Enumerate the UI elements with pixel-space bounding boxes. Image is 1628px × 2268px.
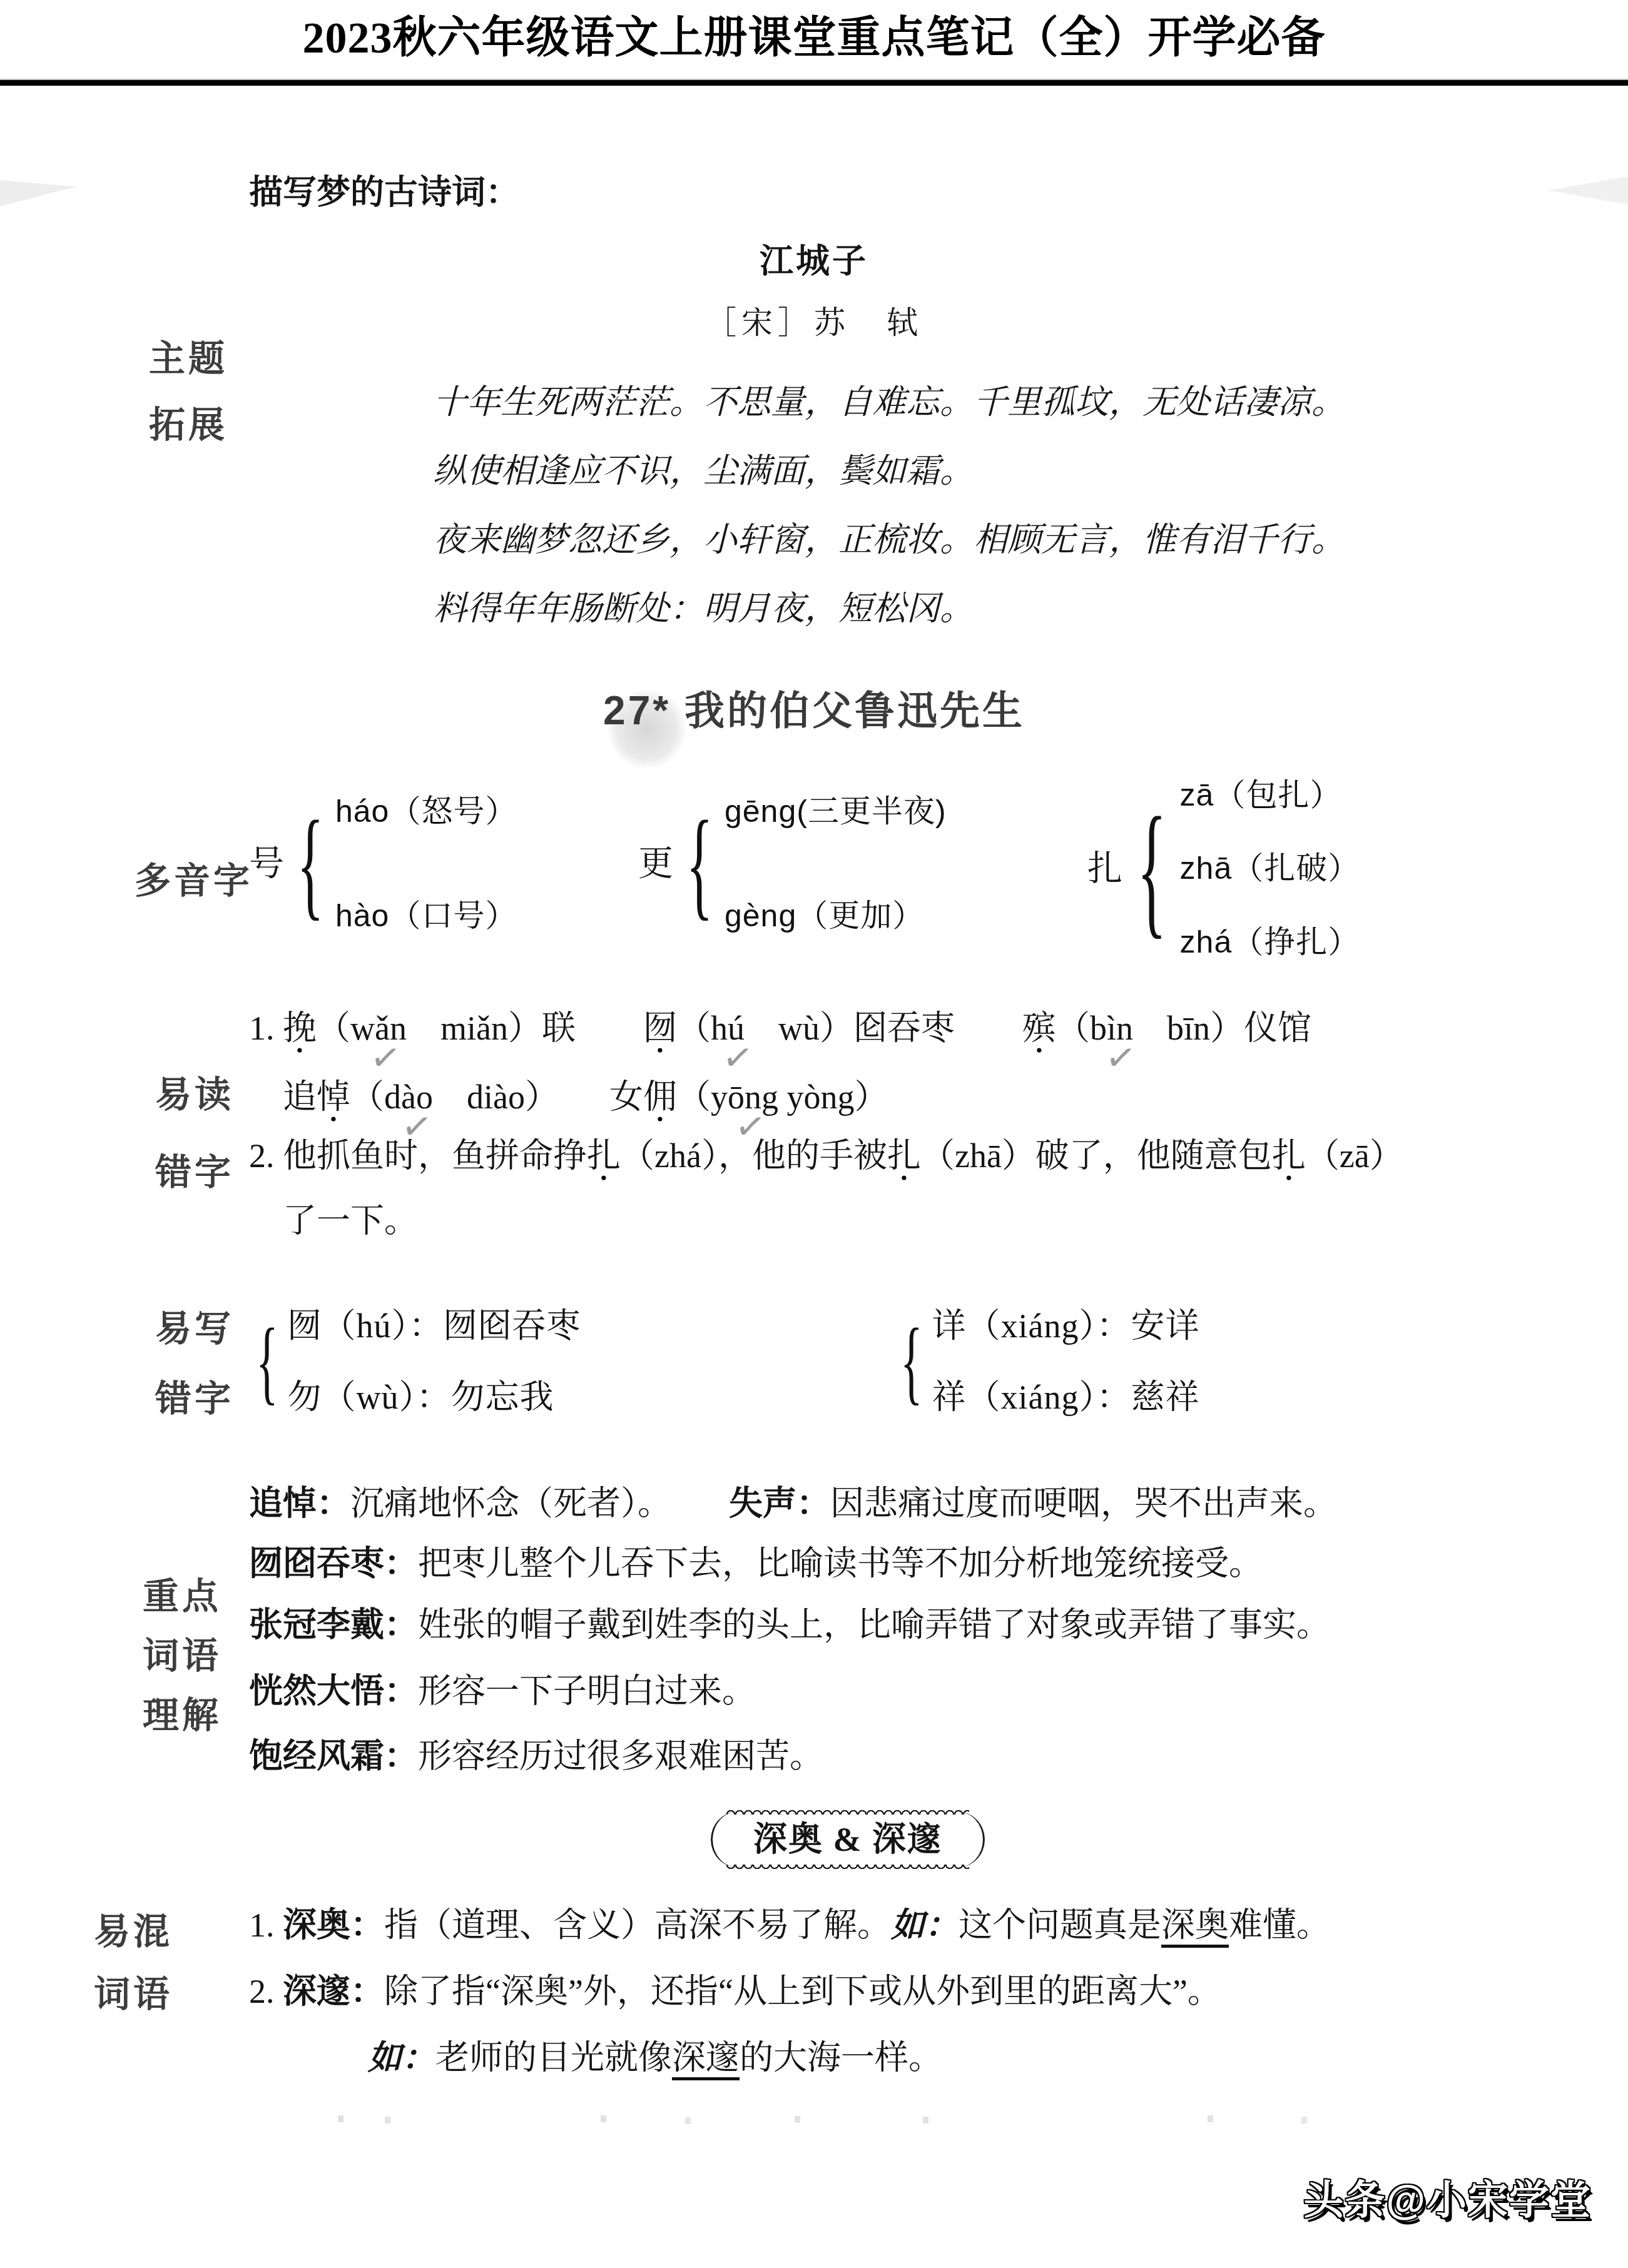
poem-line: 纵使相逢应不识，尘满面，鬓如霜。	[433, 437, 1345, 505]
brace-icon: {	[1137, 794, 1166, 943]
text-segment: （zā）	[1306, 1137, 1403, 1175]
text-segment: wǎn	[350, 1008, 407, 1049]
side-label-confusable: 易混 词语	[94, 1914, 173, 2013]
polyphone-items: gēng(三更半夜) gèng（更加）	[725, 794, 947, 934]
text-segment: 殡	[1022, 1008, 1056, 1049]
side-label-line: 错字	[155, 1155, 234, 1191]
side-label-miswrite: 易写 错字	[155, 1311, 234, 1417]
polyphone-items: zā（包扎） zhā（扎破） zhá（挣扎）	[1180, 777, 1360, 960]
miswrite-row: 囫（hú）：囫囵吞枣	[288, 1307, 581, 1345]
polyphone-items: háo（怒号） hào（口号）	[335, 794, 517, 934]
text-segment: 深奥	[1161, 1906, 1229, 1948]
misread-line: 了一下。	[283, 1201, 418, 1242]
text-segment: 沉痛地怀念（死者）。	[350, 1485, 671, 1522]
side-label-line: 理解	[143, 1698, 221, 1734]
text-segment: 老师的目光就像	[435, 2039, 672, 2077]
text-segment: 如：	[891, 1906, 959, 1944]
text-segment: 扎	[587, 1136, 621, 1177]
side-label-line: 多音字	[135, 863, 253, 899]
text-segment: 2. 他抓鱼时，鱼拼命挣	[249, 1137, 587, 1175]
keyword-row: 张冠李戴：姓张的帽子戴到姓李的头上，比喻弄错了对象或弄错了事实。	[249, 1605, 1330, 1646]
miswrite-group: { 囫（hú）：囫囵吞枣 勿（wù）：勿忘我	[249, 1302, 581, 1421]
side-label-line: 易写	[155, 1311, 234, 1347]
miswrite-row: 详（xiáng）：安详	[932, 1307, 1200, 1345]
brace-icon: {	[900, 1315, 923, 1409]
text-segment: 追	[283, 1078, 317, 1116]
text-segment: 1.	[249, 1906, 283, 1944]
contrast-box-title: 深奥 & 深邃	[753, 1821, 942, 1858]
polyphone-item: zhā（扎破）	[1180, 851, 1360, 887]
confusable-item: 2. 深邃：除了指“深奥”外，还指“从上到下或从外到里的距离大”。	[249, 1972, 1221, 2012]
polyphone-item: háo（怒号）	[335, 794, 517, 830]
confusable-item: 1. 深奥：指（道理、含义）高深不易了解。如：这个问题真是深奥难懂。	[249, 1905, 1330, 1946]
text-segment: wù）囵吞枣	[745, 1010, 1022, 1047]
text-segment: 1.	[249, 1010, 283, 1047]
text-segment: 深邃：	[283, 1973, 384, 2010]
text-segment: 囫囵吞枣：	[249, 1545, 418, 1582]
text-segment: 悼	[317, 1077, 350, 1118]
poem-title: 江城子	[0, 241, 1628, 282]
text-segment: yōng	[711, 1077, 778, 1118]
side-label-line: 错字	[155, 1381, 234, 1417]
text-segment: 姓张的帽子戴到姓李的头上，比喻弄错了对象或弄错了事实。	[418, 1606, 1330, 1644]
lesson-heading: 27* 我的伯父鲁迅先生	[0, 686, 1628, 736]
text-segment: （	[677, 1078, 711, 1116]
polyphone-group: 更 { gēng(三更半夜) gèng（更加）	[638, 783, 947, 944]
document-page: 2023秋六年级语文上册课堂重点笔记（全）开学必备 主题 拓展 描写梦的古诗词：…	[0, 0, 1628, 2268]
text-segment: bīn）仪馆	[1133, 1010, 1311, 1047]
poem-intro: 描写梦的古诗词：	[249, 173, 519, 213]
text-segment: 的大海一样。	[740, 2039, 942, 2077]
text-segment: 深奥：	[283, 1906, 384, 1944]
confusable-example: 如：老师的目光就像深邃的大海一样。	[368, 2038, 942, 2078]
side-label-line: 易混	[94, 1914, 173, 1950]
contrast-box: 深奥 & 深邃	[711, 1811, 985, 1868]
brace-icon: {	[297, 803, 323, 925]
miswrite-row: 勿（wù）：勿忘我	[288, 1378, 581, 1417]
text-segment: 张冠李戴：	[249, 1606, 418, 1644]
text-segment: 佣	[643, 1077, 677, 1118]
text-segment: 因悲痛过度而哽咽，哭不出声来。	[830, 1485, 1337, 1522]
side-label-polyphone: 多音字	[135, 863, 253, 899]
brace-icon: {	[686, 803, 713, 925]
polyphone-item: gēng(三更半夜)	[725, 794, 947, 830]
text-segment: （zhā）破了，他随意包	[921, 1137, 1272, 1175]
side-label-line: 拓展	[149, 407, 228, 443]
polyphone-item: gèng（更加）	[725, 898, 947, 934]
miswrite-rows: 囫（hú）：囫囵吞枣 勿（wù）：勿忘我	[288, 1307, 581, 1417]
text-segment: 失声：	[729, 1485, 830, 1522]
keyword-row: 饱经风霜：形容经历过很多艰难困苦。	[249, 1736, 823, 1777]
polyphone-char: 更	[638, 846, 673, 881]
text-segment: 追悼：	[249, 1485, 350, 1522]
text-segment: 挽	[283, 1008, 317, 1049]
miswrite-group: { 详（xiáng）：安详 祥（xiáng）：慈祥	[893, 1302, 1200, 1421]
side-label-theme: 主题 拓展	[149, 341, 228, 443]
keyword-row: 恍然大悟：形容一下子明白过来。	[249, 1671, 756, 1712]
text-segment: miǎn）联	[407, 1010, 643, 1047]
text-segment: 形容一下子明白过来。	[418, 1673, 756, 1710]
text-segment: 把枣儿整个儿吞下去，比喻读书等不加分析地笼统接受。	[418, 1545, 1263, 1582]
brace-icon: {	[256, 1315, 278, 1409]
polyphone-group: 号 { háo（怒号） hào（口号）	[249, 783, 517, 944]
text-segment: 扎	[887, 1136, 921, 1177]
text-segment: 除了指“深奥”外，还指“从上到下或从外到里的距离大”。	[384, 1973, 1221, 2010]
miswrite-rows: 详（xiáng）：安详 祥（xiáng）：慈祥	[932, 1307, 1200, 1417]
misread-line: 2. 他抓鱼时，鱼拼命挣扎（zhá），他的手被扎（zhā）破了，他随意包扎（zā…	[249, 1136, 1403, 1177]
text-segment: 了一下。	[283, 1202, 418, 1240]
text-segment: hú	[711, 1008, 745, 1049]
text-segment: 这个问题真是	[959, 1906, 1161, 1944]
side-label-misread: 易读 错字	[155, 1077, 234, 1191]
text-segment: 难懂。	[1229, 1906, 1330, 1944]
side-label-line: 词语	[143, 1638, 221, 1674]
text-segment: 恍然大悟：	[249, 1673, 418, 1710]
keyword-row: 追悼：沉痛地怀念（死者）。失声：因悲痛过度而哽咽，哭不出声来。	[249, 1484, 1337, 1524]
polyphone-char: 扎	[1087, 851, 1122, 886]
text-segment: 饱经风霜：	[249, 1738, 418, 1775]
text-segment: 深邃	[672, 2039, 740, 2080]
poem-line: 夜来幽梦忽还乡，小轩窗，正梳妆。相顾无言，惟有泪千行。	[433, 505, 1345, 574]
polyphone-group: 扎 { zā（包扎） zhā（扎破） zhá（挣扎）	[1087, 772, 1360, 966]
poem-line: 十年生死两茫茫。不思量，自难忘。千里孤坟，无处话凄凉。	[433, 368, 1345, 437]
watermark-wedge-right	[1548, 176, 1628, 208]
misread-line: 追悼（dào diào） 女佣（yōng yòng）	[283, 1077, 888, 1118]
watermark-wedge-left	[0, 178, 76, 208]
text-segment: 2.	[249, 1973, 283, 2010]
misread-line: 1. 挽（wǎn miǎn）联 囫（hú wù）囵吞枣 殡（bìn bīn）仪馆	[249, 1008, 1311, 1049]
keyword-row: 囫囵吞枣：把枣儿整个儿吞下去，比喻读书等不加分析地笼统接受。	[249, 1544, 1263, 1584]
text-segment: bìn	[1090, 1008, 1133, 1049]
text-segment: 扎	[1272, 1136, 1306, 1177]
text-segment: （	[350, 1078, 384, 1116]
side-label-line: 词语	[94, 1977, 173, 2013]
text-segment: 如：	[368, 2039, 435, 2077]
polyphone-item: zā（包扎）	[1180, 777, 1360, 814]
text-segment: （zhá），他的手被	[621, 1137, 887, 1175]
text-segment: dào	[384, 1077, 433, 1118]
text-segment: diào） 女	[433, 1078, 643, 1116]
text-segment: 指（道理、含义）高深不易了解。	[384, 1906, 891, 1944]
text-segment: 形容经历过很多艰难困苦。	[418, 1738, 823, 1775]
side-label-line: 主题	[149, 341, 228, 377]
page-title: 2023秋六年级语文上册课堂重点笔记（全）开学必备	[0, 10, 1628, 67]
footer-watermark: 头条@小宋学堂	[1304, 2178, 1592, 2222]
poem-line: 料得年年肠断处：明月夜，短松冈。	[433, 574, 1345, 643]
side-label-line: 重点	[143, 1579, 221, 1615]
faint-text-remnant	[338, 2115, 343, 2122]
text-segment: 囫	[643, 1008, 677, 1049]
side-label-line: 易读	[155, 1077, 234, 1113]
text-segment: （	[317, 1010, 350, 1047]
poem-body: 十年生死两茫茫。不思量，自难忘。千里孤坟，无处话凄凉。 纵使相逢应不识，尘满面，…	[433, 368, 1345, 643]
miswrite-row: 祥（xiáng）：慈祥	[932, 1378, 1200, 1417]
side-label-keywords: 重点 词语 理解	[143, 1579, 221, 1734]
polyphone-char: 号	[249, 846, 284, 881]
text-segment: （	[1056, 1010, 1090, 1047]
header-divider	[0, 79, 1628, 86]
polyphone-item: zhá（挣扎）	[1180, 924, 1360, 961]
poem-author: ［宋］苏 轼	[0, 304, 1628, 342]
text-segment: （	[677, 1010, 711, 1047]
text-segment: yòng）	[778, 1078, 888, 1116]
polyphone-item: hào（口号）	[335, 898, 517, 934]
